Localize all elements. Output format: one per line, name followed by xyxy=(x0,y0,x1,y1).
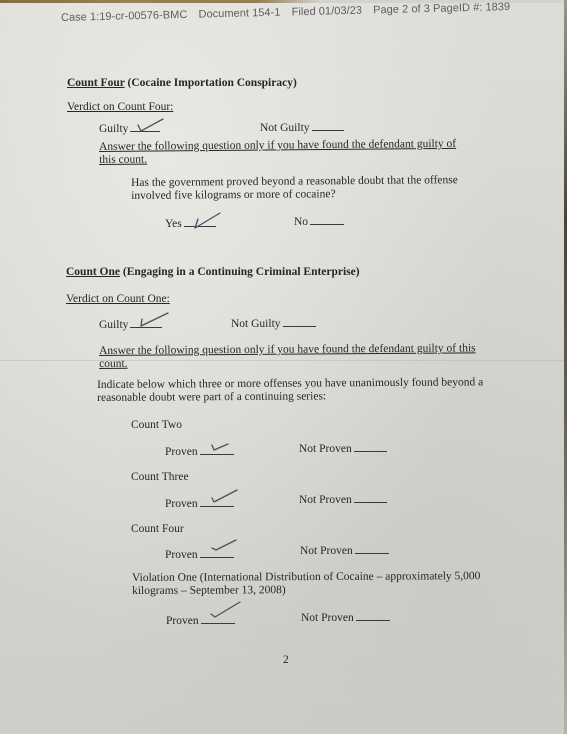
not-proven-label: Not Proven xyxy=(300,545,353,557)
offense-count-two-not-proven-option[interactable]: Not Proven xyxy=(299,443,387,455)
guilty-blank[interactable] xyxy=(130,326,162,328)
count-four-question: Has the government proved beyond a reaso… xyxy=(131,174,466,202)
not-proven-blank[interactable] xyxy=(354,501,387,503)
page-number: 2 xyxy=(283,654,289,666)
offense-count-two-proven-option[interactable]: Proven xyxy=(165,446,234,458)
not-guilty-blank[interactable] xyxy=(312,129,344,131)
not-guilty-blank[interactable] xyxy=(283,325,316,327)
count-four-no-option[interactable]: No xyxy=(294,216,344,228)
no-label: No xyxy=(294,216,308,228)
yes-blank[interactable] xyxy=(184,225,216,227)
count-one-guilty-option[interactable]: Guilty xyxy=(99,319,162,331)
count-one-title: Count One xyxy=(66,266,120,278)
guilty-label: Guilty xyxy=(99,123,128,135)
guilty-label: Guilty xyxy=(99,319,128,331)
offense-count-three-label: Count Three xyxy=(131,471,189,483)
offense-count-four-label: Count Four xyxy=(131,523,184,535)
count-one-verdict-label: Verdict on Count One: xyxy=(66,293,170,305)
guilty-blank[interactable] xyxy=(130,130,160,132)
not-proven-label: Not Proven xyxy=(301,612,354,624)
count-one-instruction: Answer the following question only if yo… xyxy=(99,342,479,370)
not-proven-label: Not Proven xyxy=(299,494,352,506)
count-four-verdict-label: Verdict on Count Four: xyxy=(67,101,173,113)
proven-label: Proven xyxy=(165,498,198,510)
count-four-yes-option[interactable]: Yes xyxy=(165,218,216,230)
count-one-not-guilty-option[interactable]: Not Guilty xyxy=(231,318,316,330)
not-proven-blank[interactable] xyxy=(356,619,390,621)
count-one-question: Indicate below which three or more offen… xyxy=(97,376,487,404)
proven-label: Proven xyxy=(165,446,198,458)
offense-violation-one-not-proven-option[interactable]: Not Proven xyxy=(301,612,390,624)
proven-blank[interactable] xyxy=(200,505,234,507)
not-proven-blank[interactable] xyxy=(354,450,387,452)
count-four-subtitle: (Cocaine Importation Conspiracy) xyxy=(128,77,297,89)
not-proven-blank[interactable] xyxy=(355,552,389,554)
offense-count-three-not-proven-option[interactable]: Not Proven xyxy=(299,494,387,506)
not-proven-label: Not Proven xyxy=(299,443,352,455)
count-four-title: Count Four xyxy=(67,77,125,89)
proven-blank[interactable] xyxy=(200,453,234,455)
count-four-not-guilty-option[interactable]: Not Guilty xyxy=(260,122,344,134)
proven-blank[interactable] xyxy=(200,556,234,558)
offense-violation-one-proven-option[interactable]: Proven xyxy=(166,615,235,627)
offense-count-three-proven-option[interactable]: Proven xyxy=(165,498,234,510)
filed-date: Filed 01/03/23 xyxy=(291,5,362,19)
not-guilty-label: Not Guilty xyxy=(260,122,310,134)
count-one-subtitle: (Engaging in a Continuing Criminal Enter… xyxy=(123,266,360,278)
offense-violation-one-label: Violation One (International Distributio… xyxy=(132,570,502,597)
count-four-heading: Count Four (Cocaine Importation Conspira… xyxy=(67,77,297,89)
proven-blank[interactable] xyxy=(201,622,235,624)
offense-count-four-proven-option[interactable]: Proven xyxy=(165,549,234,561)
proven-label: Proven xyxy=(166,615,199,627)
count-one-heading: Count One (Engaging in a Continuing Crim… xyxy=(66,266,360,278)
count-four-instruction: Answer the following question only if yo… xyxy=(99,138,474,166)
yes-label: Yes xyxy=(165,218,182,230)
no-blank[interactable] xyxy=(310,223,344,225)
offense-count-two-label: Count Two xyxy=(131,419,182,431)
not-guilty-label: Not Guilty xyxy=(231,318,281,330)
offense-count-four-not-proven-option[interactable]: Not Proven xyxy=(300,545,389,557)
count-four-guilty-option[interactable]: Guilty xyxy=(99,123,160,135)
document-number: Document 154-1 xyxy=(198,7,280,21)
proven-label: Proven xyxy=(165,549,198,561)
